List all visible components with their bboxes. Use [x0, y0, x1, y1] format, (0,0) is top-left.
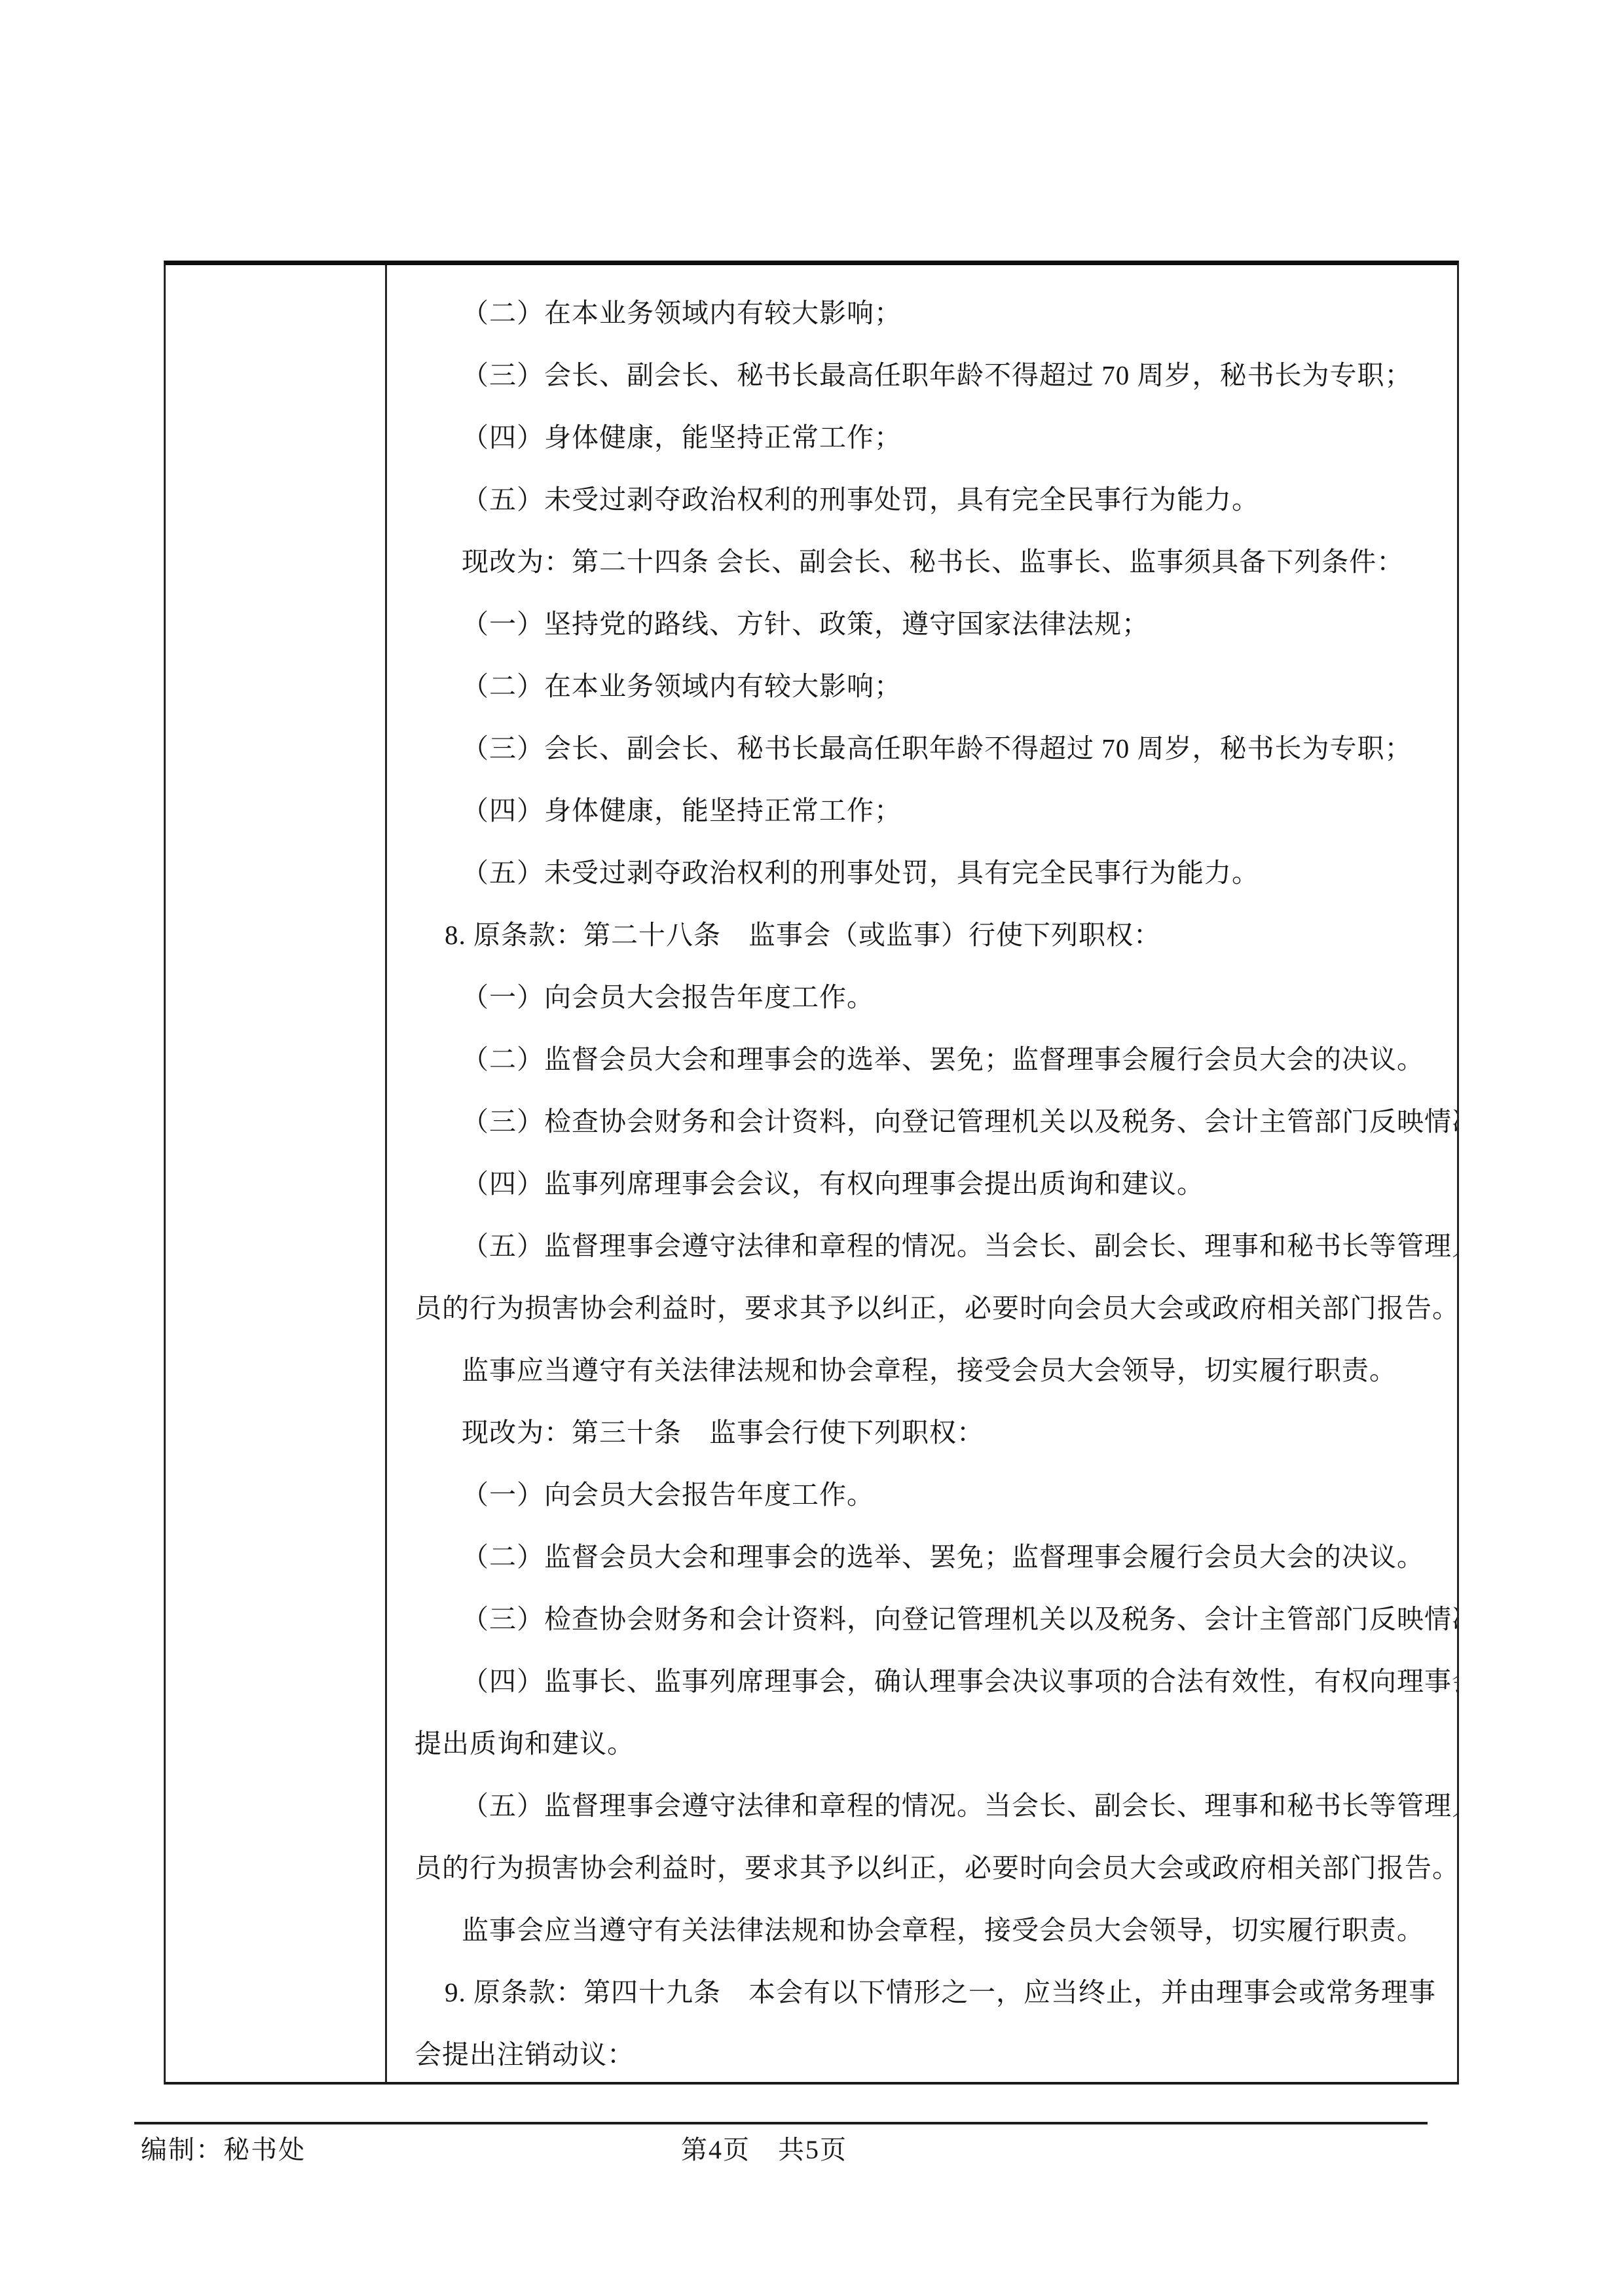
table-text-line: 监事会应当遵守有关法律法规和协会章程，接受会员大会领导，切实履行职责。 — [415, 1897, 1448, 1959]
table-text-line: （一）坚持党的路线、方针、政策，遵守国家法律法规； — [415, 591, 1448, 653]
table-text-line: （三）检查协会财务和会计资料，向登记管理机关以及税务、会计主管部门反映情况。 — [415, 1586, 1448, 1648]
table-text-line: （二）在本业务领域内有较大影响； — [415, 653, 1448, 715]
footer-compiler-label: 编制：秘书处 — [141, 2129, 306, 2166]
table-text-line: 员的行为损害协会利益时，要求其予以纠正，必要时向会员大会或政府相关部门报告。 — [415, 1275, 1448, 1337]
table-left-cell — [166, 265, 387, 2082]
footer-divider — [134, 2122, 1428, 2124]
table-text-line: （一）向会员大会报告年度工作。 — [415, 1461, 1448, 1523]
table-text-line: 监事应当遵守有关法律法规和协会章程，接受会员大会领导，切实履行职责。 — [415, 1337, 1448, 1399]
table-text-line: （五）监督理事会遵守法律和章程的情况。当会长、副会长、理事和秘书长等管理人 — [415, 1772, 1448, 1834]
footer-page-indicator: 第4页 共5页 — [681, 2129, 847, 2166]
table-text-line: （五）未受过剥夺政治权利的刑事处罚，具有完全民事行为能力。 — [415, 839, 1448, 902]
table-text-line: 会提出注销动议： — [415, 2021, 1448, 2082]
table-text-line: 现改为：第三十条 监事会行使下列职权： — [415, 1399, 1448, 1461]
table-text-line: （二）监督会员大会和理事会的选举、罢免；监督理事会履行会员大会的决议。 — [415, 1026, 1448, 1088]
table-text-line: （四）身体健康，能坚持正常工作； — [415, 404, 1448, 466]
document-page: （二）在本业务领域内有较大影响； （三）会长、副会长、秘书长最高任职年龄不得超过… — [0, 0, 1624, 2296]
table-text-line: （三）会长、副会长、秘书长最高任职年龄不得超过 70 周岁，秘书长为专职； — [415, 715, 1448, 777]
table-text-line: 现改为：第二十四条 会长、副会长、秘书长、监事长、监事须具备下列条件： — [415, 528, 1448, 591]
table-text-line: （五）未受过剥夺政治权利的刑事处罚，具有完全民事行为能力。 — [415, 466, 1448, 528]
table-text-line: （五）监督理事会遵守法律和章程的情况。当会长、副会长、理事和秘书长等管理人 — [415, 1212, 1448, 1275]
table-text-line: （二）监督会员大会和理事会的选举、罢免；监督理事会履行会员大会的决议。 — [415, 1523, 1448, 1586]
table-text-line: 9. 原条款：第四十九条 本会有以下情形之一，应当终止，并由理事会或常务理事 — [415, 1959, 1448, 2021]
table-content-cell: （二）在本业务领域内有较大影响； （三）会长、副会长、秘书长最高任职年龄不得超过… — [387, 265, 1457, 2082]
amendment-table: （二）在本业务领域内有较大影响； （三）会长、副会长、秘书长最高任职年龄不得超过… — [164, 261, 1459, 2085]
table-text-line: 员的行为损害协会利益时，要求其予以纠正，必要时向会员大会或政府相关部门报告。 — [415, 1834, 1448, 1897]
table-text-line: （一）向会员大会报告年度工作。 — [415, 964, 1448, 1026]
table-text-line: （三）会长、副会长、秘书长最高任职年龄不得超过 70 周岁，秘书长为专职； — [415, 342, 1448, 404]
table-text-line: （二）在本业务领域内有较大影响； — [415, 280, 1448, 342]
table-text-line: （四）监事长、监事列席理事会，确认理事会决议事项的合法有效性，有权向理事会 — [415, 1648, 1448, 1710]
table-text-line: （三）检查协会财务和会计资料，向登记管理机关以及税务、会计主管部门反映情况。 — [415, 1088, 1448, 1150]
table-text-line: （四）监事列席理事会会议，有权向理事会提出质询和建议。 — [415, 1150, 1448, 1212]
table-text-line: （四）身体健康，能坚持正常工作； — [415, 777, 1448, 839]
table-text-line: 提出质询和建议。 — [415, 1710, 1448, 1772]
table-text-line: 8. 原条款：第二十八条 监事会（或监事）行使下列职权： — [415, 902, 1448, 964]
page-footer: 编制：秘书处 第4页 共5页 — [141, 2129, 1490, 2168]
